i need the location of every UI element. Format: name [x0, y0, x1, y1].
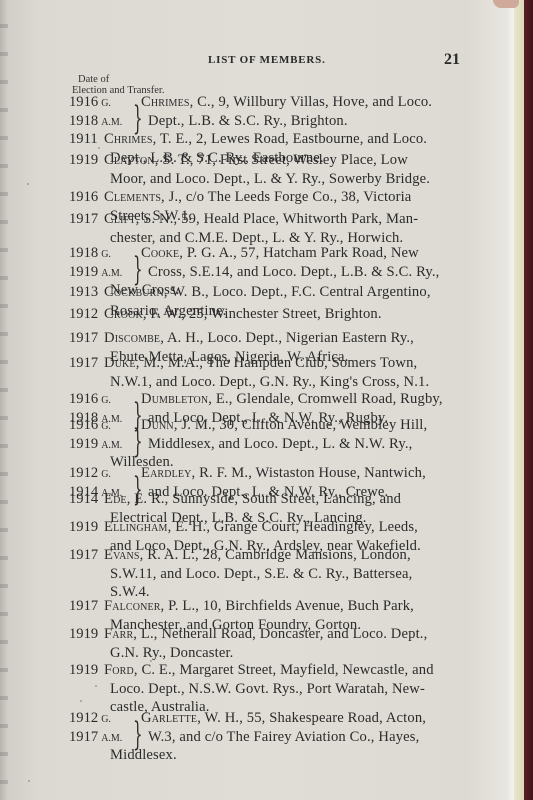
running-title: LIST OF MEMBERS.	[208, 54, 326, 66]
entry-line: Eardley, R. F. M., Wistaston House, Nant…	[141, 465, 426, 482]
election-year: 1911	[69, 131, 98, 148]
entry-line: Farr, L., Netherall Road, Doncaster, and…	[104, 626, 427, 643]
paper-speck	[28, 780, 30, 782]
paper-speck	[27, 183, 29, 185]
page-number: 21	[444, 51, 460, 69]
election-year: 1918A.M.	[69, 113, 122, 130]
entry-line: Chrimes, T. E., 2, Lewes Road, Eastbourn…	[104, 131, 427, 148]
entry-line: W.3, and c/o The Fairey Aviation Co., Ha…	[148, 729, 419, 746]
entry-line: Cooke, P. G. A., 57, Hatcham Park Road, …	[141, 245, 419, 262]
election-year: 1919	[69, 662, 98, 679]
election-year: 1919	[69, 626, 98, 643]
entry-line: G.N. Ry., Doncaster.	[110, 645, 233, 662]
election-year: 1917	[69, 598, 98, 615]
election-year: 1916G.	[69, 417, 111, 434]
column-heading: Date of Election and Transfer.	[72, 74, 164, 96]
entry-line: Cross, S.E.14, and Loco. Dept., L.B. & S…	[148, 264, 439, 281]
election-year: 1913	[69, 284, 98, 301]
entry-line: Dumbleton, E., Glendale, Cromwell Road, …	[141, 391, 443, 408]
election-year: 1917	[69, 211, 98, 228]
entry-line: N.W.1, and Loco. Dept., G.N. Ry., King's…	[110, 374, 429, 391]
election-year: 1917	[69, 547, 98, 564]
thumb-holding-page	[493, 0, 519, 8]
election-year: 1919	[69, 152, 98, 169]
election-year: 1919	[69, 519, 98, 536]
paper-speck	[150, 660, 152, 662]
entry-line: Crook, F. W., 25, Winchester Street, Bri…	[104, 306, 382, 323]
election-year: 1914	[69, 491, 98, 508]
election-year: 1912G.	[69, 465, 111, 482]
page-block-edge-yellowed	[514, 0, 524, 800]
election-year: 1916	[69, 189, 98, 206]
paper-speck	[95, 685, 97, 687]
column-heading-line-1: Date of	[72, 74, 164, 85]
election-year: 1917	[69, 330, 98, 347]
entry-line: Falconer, P. L., 10, Birchfields Avenue,…	[104, 598, 414, 615]
entry-line: Dunn, J. M., 30, Clifton Avenue, Wembley…	[141, 417, 427, 434]
election-year: 1917A.M.	[69, 729, 122, 746]
entry-line: Middlesex, and Loco. Dept., L. & N.W. Ry…	[148, 436, 412, 453]
entry-line: Garlette, W. H., 55, Shakespeare Road, A…	[141, 710, 426, 727]
book-cover-edge	[524, 0, 533, 800]
election-year: 1918G.	[69, 245, 111, 262]
entry-line: Dept., L.B. & S.C. Ry., Brighton.	[148, 113, 348, 130]
paper-speck	[98, 147, 100, 149]
entry-line: Ellingham, E. H., Grange Court, Headingl…	[104, 519, 418, 536]
election-year: 1912	[69, 306, 98, 323]
entry-line: Ford, C. E., Margaret Street, Mayfield, …	[104, 662, 434, 679]
entry-line: Duke, M., M.A., The Hampden Club, Somers…	[104, 355, 417, 372]
entry-line: Ede, E. R., Sunnyside, South Street, Lan…	[104, 491, 401, 508]
election-year: 1916G.	[69, 94, 111, 111]
election-year: 1917	[69, 355, 98, 372]
election-year: 1919A.M.	[69, 264, 122, 281]
entry-line: Clift, S. N., 59, Heald Place, Whitworth…	[104, 211, 418, 228]
paper-speck	[80, 700, 82, 702]
facing-page-text-bleed	[0, 0, 8, 800]
election-year: 1916G.	[69, 391, 111, 408]
entry-line: Evans, R. A. L., 28, Cambridge Mansions,…	[104, 547, 411, 564]
election-year: 1919A.M.	[69, 436, 122, 453]
entry-line: Chrimes, C., 9, Willbury Villas, Hove, a…	[141, 94, 432, 111]
entry-line: Cockburn, W. B., Loco. Dept., F.C. Centr…	[104, 284, 431, 301]
election-year: 1912G.	[69, 710, 111, 727]
entry-line: Clayton, S. T., 71, First Street, Wesley…	[104, 152, 408, 169]
entry-line: Moor, and Loco. Dept., L. & Y. Ry., Sowe…	[110, 171, 430, 188]
entry-line: Middlesex.	[110, 747, 177, 764]
entry-line: S.W.11, and Loco. Dept., S.E. & C. Ry., …	[110, 566, 412, 583]
entry-line: Discombe, A. H., Loco. Dept., Nigerian E…	[104, 330, 414, 347]
entry-line: Clements, J., c/o The Leeds Forge Co., 3…	[104, 189, 411, 206]
entry-line: Loco. Dept., N.S.W. Govt. Rys., Port War…	[110, 681, 425, 698]
